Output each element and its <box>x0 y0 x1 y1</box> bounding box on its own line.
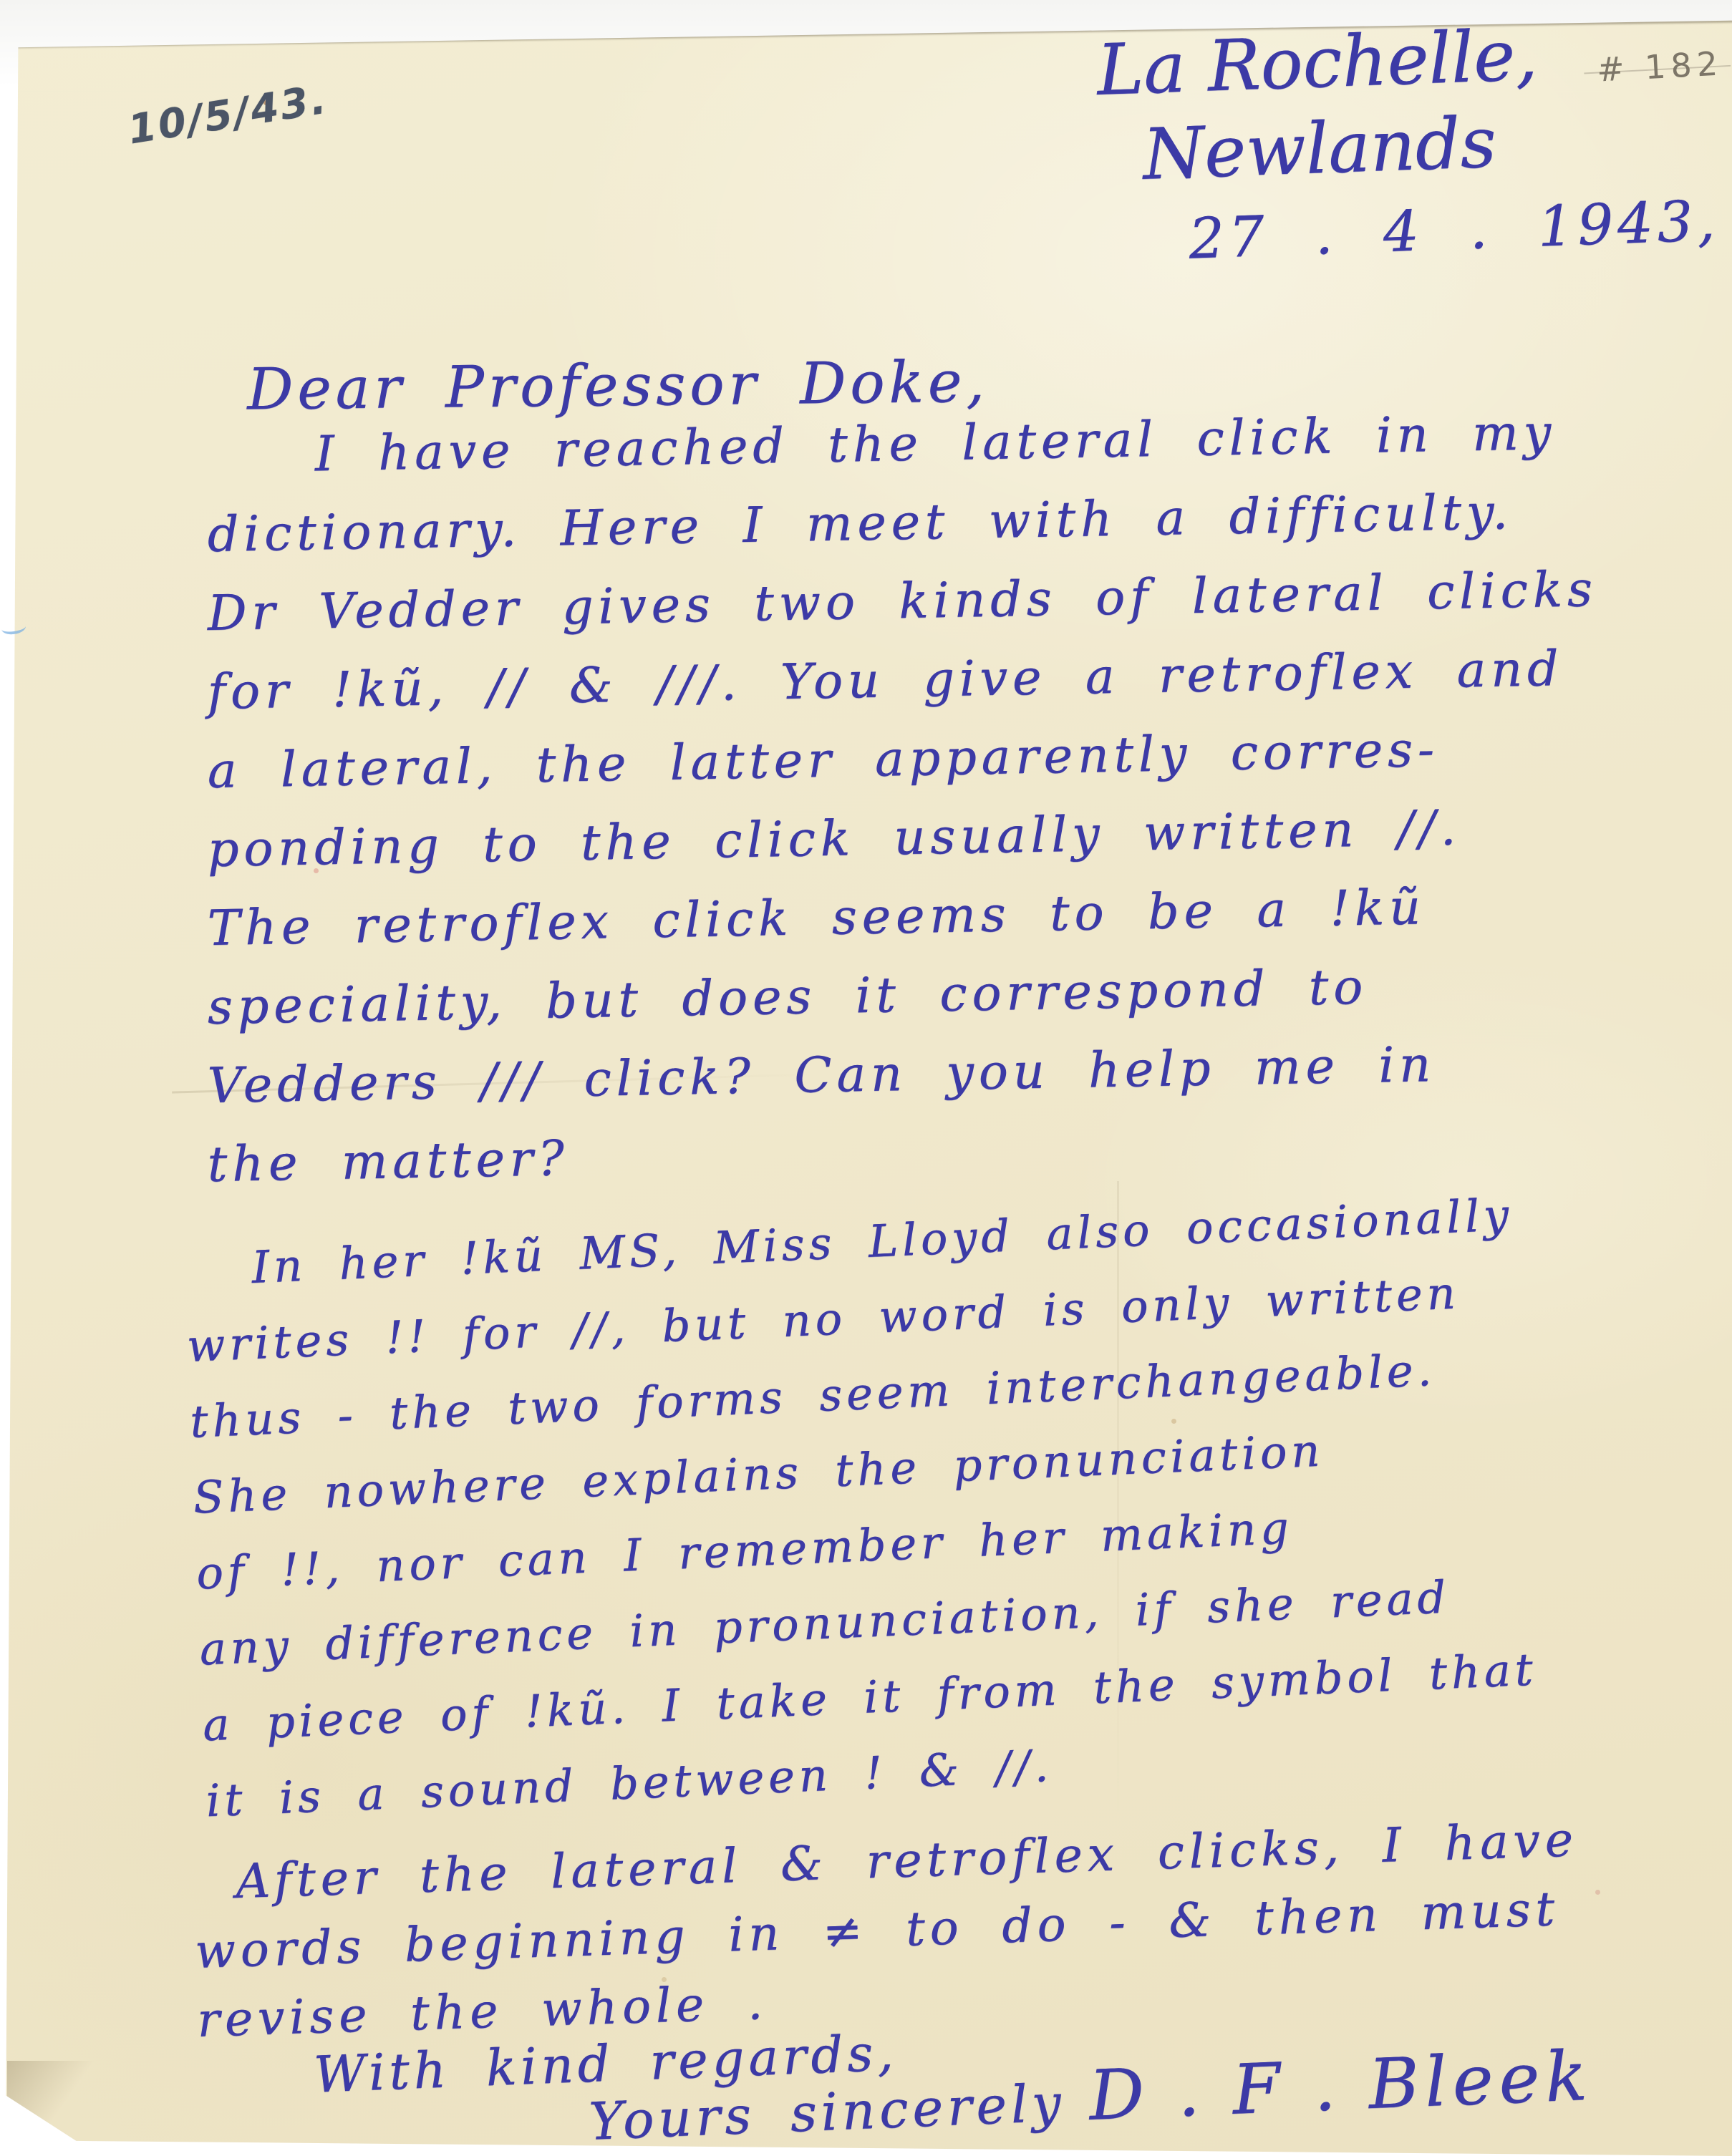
scan-background: 10/5/43. # 182 La Rochelle, Newlands 27 … <box>0 0 1732 2156</box>
place-line-2: Newlands <box>1141 94 1717 196</box>
letter-header: La Rochelle, Newlands 27 . 4 . 1943, <box>1095 9 1720 275</box>
signature: D . F . Bleek <box>1088 2036 1595 2136</box>
letter-paper: 10/5/43. # 182 La Rochelle, Newlands 27 … <box>0 0 1732 2156</box>
paragraph-1: I have reached the lateral click in my d… <box>208 428 1597 1215</box>
received-date-annotation: 10/5/43. <box>125 76 332 153</box>
corner-fold <box>7 2061 100 2129</box>
paragraph-2: In her !kũ MS, Miss Lloyd also occasiona… <box>183 1188 1542 1850</box>
signoff: Yours sincerely <box>588 2072 1066 2152</box>
date-line: 27 . 4 . 1943, <box>1188 189 1721 272</box>
salutation: Dear Professor Doke, <box>247 349 989 423</box>
